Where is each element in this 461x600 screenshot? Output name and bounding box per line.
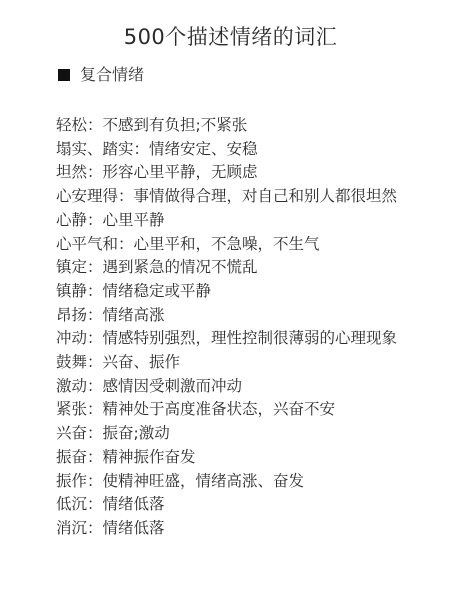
entry-term: 紧张 — [56, 400, 103, 418]
entry-term: 坦然 — [56, 163, 103, 181]
entry-definition: 精神处于高度准备状态，兴奋不安 — [103, 400, 336, 418]
entry-definition: 情绪安定、安稳 — [149, 140, 258, 158]
entry-definition: 情绪高涨 — [103, 306, 165, 324]
entry-definition: 心里平静 — [103, 211, 165, 229]
entry-term: 低沉 — [56, 495, 103, 513]
entry-term: 振作 — [56, 472, 103, 490]
entry-term: 镇定 — [56, 258, 103, 276]
entry-term: 消沉 — [56, 519, 103, 537]
entry-term: 兴奋 — [56, 424, 103, 442]
entry-definition: 使精神旺盛，情绪高涨、奋发 — [103, 472, 305, 490]
list-item: 紧张精神处于高度准备状态，兴奋不安 — [56, 398, 426, 422]
list-item: 低沉情绪低落 — [56, 493, 426, 517]
entry-definition: 情绪稳定或平静 — [103, 282, 212, 300]
entry-definition: 遇到紧急的情况不慌乱 — [103, 258, 258, 276]
entry-definition: 情感特别强烈，理性控制很薄弱的心理现象 — [103, 329, 398, 347]
entry-definition: 情绪低落 — [103, 519, 165, 537]
entry-term: 振奋 — [56, 448, 103, 466]
page-title: 500个描述情绪的词汇 — [0, 22, 461, 52]
entry-term: 镇静 — [56, 282, 103, 300]
entry-definition: 形容心里平静，无顾虑 — [103, 163, 258, 181]
entry-term: 塌实、踏实 — [56, 140, 149, 158]
entry-term: 昂扬 — [56, 306, 103, 324]
list-item: 镇定遇到紧急的情况不慌乱 — [56, 256, 426, 280]
entry-list: 轻松不感到有负担;不紧张 塌实、踏实情绪安定、安稳 坦然形容心里平静，无顾虑 心… — [56, 114, 426, 541]
entry-term: 轻松 — [56, 116, 103, 134]
entry-definition: 事情做得合理，对自己和别人都很坦然 — [134, 187, 398, 205]
entry-definition: 心里平和，不急噪，不生气 — [134, 235, 320, 253]
entry-term: 心静 — [56, 211, 103, 229]
list-item: 坦然形容心里平静，无顾虑 — [56, 161, 426, 185]
entry-term: 冲动 — [56, 329, 103, 347]
list-item: 冲动情感特别强烈，理性控制很薄弱的心理现象 — [56, 327, 426, 351]
list-item: 心平气和心里平和，不急噪，不生气 — [56, 233, 426, 257]
section-label: 复合情绪 — [80, 64, 144, 86]
list-item: 激动感情因受刺激而冲动 — [56, 375, 426, 399]
list-item: 塌实、踏实情绪安定、安稳 — [56, 138, 426, 162]
entry-term: 心平气和 — [56, 235, 134, 253]
entry-definition: 兴奋、振作 — [103, 353, 181, 371]
list-item: 昂扬情绪高涨 — [56, 304, 426, 328]
list-item: 振奋精神振作奋发 — [56, 446, 426, 470]
list-item: 兴奋振奋;激动 — [56, 422, 426, 446]
list-item: 心静心里平静 — [56, 209, 426, 233]
entry-term: 心安理得 — [56, 187, 134, 205]
list-item: 心安理得事情做得合理，对自己和别人都很坦然 — [56, 185, 426, 209]
entry-term: 激动 — [56, 377, 103, 395]
entry-definition: 不感到有负担;不紧张 — [103, 116, 248, 134]
list-item: 消沉情绪低落 — [56, 517, 426, 541]
entry-term: 鼓舞 — [56, 353, 103, 371]
list-item: 振作使精神旺盛，情绪高涨、奋发 — [56, 470, 426, 494]
entry-definition: 感情因受刺激而冲动 — [103, 377, 243, 395]
list-item: 轻松不感到有负担;不紧张 — [56, 114, 426, 138]
entry-definition: 振奋;激动 — [103, 424, 170, 442]
entry-definition: 精神振作奋发 — [103, 448, 196, 466]
list-item: 鼓舞兴奋、振作 — [56, 351, 426, 375]
entry-definition: 情绪低落 — [103, 495, 165, 513]
section-header: 复合情绪 — [58, 64, 144, 86]
list-item: 镇静情绪稳定或平静 — [56, 280, 426, 304]
square-bullet-icon — [58, 69, 70, 81]
